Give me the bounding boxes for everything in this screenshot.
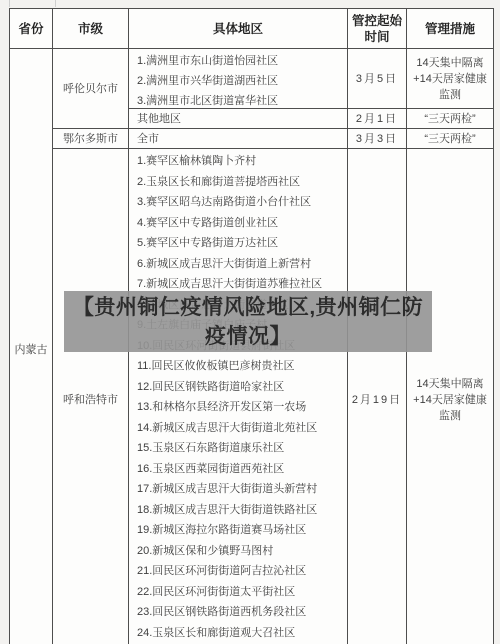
area-line: 1.赛罕区榆林镇陶卜齐村 (137, 151, 347, 172)
area-line: 11.回民区攸攸板镇巴彦树贵社区 (137, 356, 347, 377)
page-edge-artifact (55, 0, 56, 7)
start-time-hulunbuir: 3月5日 (348, 49, 407, 109)
start-time-other: 2月1日 (348, 109, 407, 129)
header-measures: 管理措施 (407, 9, 494, 49)
area-line: 24.玉泉区长和廊街道观大召社区 (137, 623, 347, 644)
area-line: 6.新城区成吉思汗大街街道上新营村 (137, 254, 347, 275)
watermark-overlay: 【贵州铜仁疫情风险地区,贵州铜仁防疫情况】 (64, 291, 432, 352)
area-line: 5.赛罕区中专路街道万达社区 (137, 233, 347, 254)
area-list-hulunbuir: 1.满洲里市东山街道怡园社区2.满洲里市兴华街道湖西社区3.满洲里市北区街道富华… (129, 49, 348, 109)
area-line: 2.玉泉区长和廊街道菩提塔西社区 (137, 172, 347, 193)
start-time-hohhot: 2月19日 (348, 149, 407, 644)
area-line: 18.新城区成吉思汗大街街道铁路社区 (137, 500, 347, 521)
area-line: 23.回民区钢铁路街道西机务段社区 (137, 602, 347, 623)
area-line: 16.玉泉区西菜园街道西苑社区 (137, 459, 347, 480)
start-time-ordos: 3月3日 (348, 129, 407, 149)
area-line: 12.回民区钢铁路街道哈家社区 (137, 377, 347, 398)
header-city: 市级 (53, 9, 129, 49)
header-province: 省份 (10, 9, 53, 49)
watermark-title: 【贵州铜仁疫情风险地区,贵州铜仁防疫情况】 (64, 293, 432, 351)
area-cell-other: 其他地区 (129, 109, 348, 129)
area-line: 3.赛罕区昭乌达南路街道小台什社区 (137, 192, 347, 213)
area-line: 3.满洲里市北区街道富华社区 (137, 91, 347, 111)
header-start-time: 管控起始时间 (348, 9, 407, 49)
area-line: 4.赛罕区中专路街道创业社区 (137, 213, 347, 234)
area-list-hohhot: 1.赛罕区榆林镇陶卜齐村2.玉泉区长和廊街道菩提塔西社区3.赛罕区昭乌达南路街道… (129, 149, 348, 644)
city-cell-hohhot: 呼和浩特市 (53, 149, 129, 644)
area-cell-citywide: 全市 (129, 129, 348, 149)
measure-ordos: “三天两检” (407, 129, 494, 149)
area-line: 1.满洲里市东山街道怡园社区 (137, 51, 347, 71)
measure-hohhot: 14天集中隔离+14天居家健康监测 (407, 149, 494, 644)
header-area: 具体地区 (129, 9, 348, 49)
area-line: 20.新城区保和少镇野马图村 (137, 541, 347, 562)
measure-other: “三天两检” (407, 109, 494, 129)
city-cell-hulunbuir: 呼伦贝尔市 (53, 49, 129, 129)
area-line: 2.满洲里市兴华街道湖西社区 (137, 71, 347, 91)
city-cell-ordos: 鄂尔多斯市 (53, 129, 129, 149)
area-line: 22.回民区环河街街道太平街社区 (137, 582, 347, 603)
area-line: 21.回民区环河街街道阿吉拉沁社区 (137, 561, 347, 582)
area-line: 14.新城区成吉思汗大街街道北苑社区 (137, 418, 347, 439)
measure-hulunbuir: 14天集中隔离+14天居家健康监测 (407, 49, 494, 109)
page-edge-artifact (9, 0, 10, 7)
province-cell: 内蒙古 (10, 49, 53, 644)
area-line: 17.新城区成吉思汗大街街道头新营村 (137, 479, 347, 500)
area-line: 13.和林格尔县经济开发区第一农场 (137, 397, 347, 418)
area-line: 15.玉泉区石东路街道康乐社区 (137, 438, 347, 459)
area-line: 19.新城区海拉尔路街道赛马场社区 (137, 520, 347, 541)
